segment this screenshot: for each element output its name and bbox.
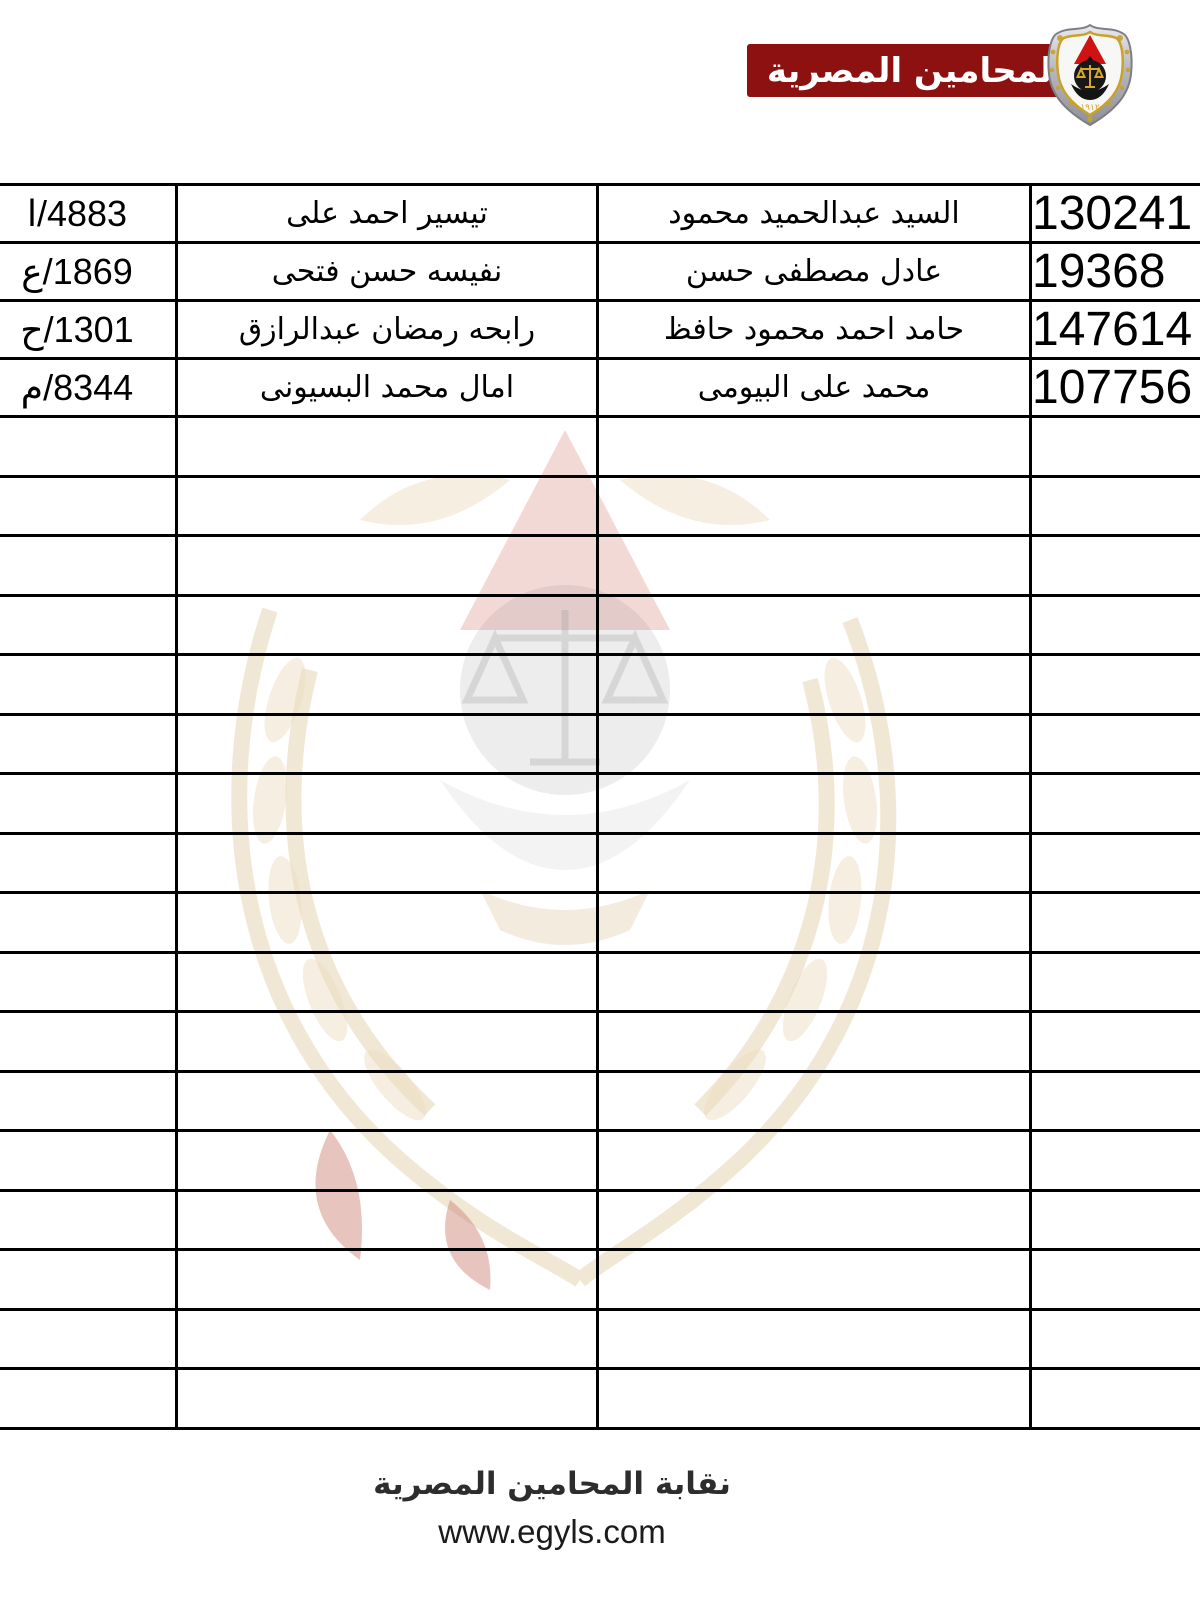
- empty-cell: [0, 1369, 177, 1429]
- empty-cell: [598, 1131, 1031, 1191]
- empty-cell: [598, 893, 1031, 953]
- empty-cell: [1031, 1250, 1200, 1310]
- page-footer: نقابة المحامين المصرية www.egyls.com: [252, 1462, 852, 1556]
- empty-cell: [1031, 1190, 1200, 1250]
- empty-table-row: [0, 774, 1200, 834]
- empty-cell: [177, 595, 598, 655]
- empty-cell: [177, 417, 598, 477]
- empty-cell: [598, 1071, 1031, 1131]
- registration-number-cell: 130241: [1031, 185, 1200, 243]
- empty-cell: [0, 1250, 177, 1310]
- member-name-cell: عادل مصطفى حسن: [598, 243, 1031, 301]
- member-code-cell: 1869/ع: [0, 243, 177, 301]
- empty-cell: [1031, 595, 1200, 655]
- empty-cell: [177, 1071, 598, 1131]
- empty-cell: [1031, 476, 1200, 536]
- empty-cell: [177, 952, 598, 1012]
- empty-cell: [598, 774, 1031, 834]
- empty-cell: [0, 714, 177, 774]
- empty-table-row: [0, 952, 1200, 1012]
- empty-cell: [0, 1309, 177, 1369]
- bar-association-logo: ١٩١٢: [1038, 22, 1142, 128]
- empty-cell: [177, 536, 598, 596]
- empty-cell: [598, 1250, 1031, 1310]
- empty-cell: [598, 595, 1031, 655]
- empty-cell: [177, 833, 598, 893]
- empty-cell: [0, 1131, 177, 1191]
- empty-cell: [598, 536, 1031, 596]
- empty-cell: [0, 655, 177, 715]
- empty-cell: [598, 1012, 1031, 1072]
- empty-cell: [0, 1012, 177, 1072]
- empty-table-row: [0, 1250, 1200, 1310]
- empty-cell: [0, 774, 177, 834]
- footer-org-name: نقابة المحامين المصرية: [252, 1462, 852, 1507]
- empty-table-row: [0, 714, 1200, 774]
- empty-cell: [0, 893, 177, 953]
- empty-cell: [177, 655, 598, 715]
- registration-number-cell: 147614: [1031, 301, 1200, 359]
- empty-table-row: [0, 536, 1200, 596]
- registration-number-cell: 19368: [1031, 243, 1200, 301]
- registration-number-cell: 107756: [1031, 359, 1200, 417]
- empty-cell: [1031, 1131, 1200, 1191]
- member-name-cell: السيد عبدالحميد محمود: [598, 185, 1031, 243]
- empty-cell: [0, 833, 177, 893]
- empty-cell: [598, 476, 1031, 536]
- empty-cell: [1031, 655, 1200, 715]
- empty-cell: [1031, 1309, 1200, 1369]
- empty-cell: [177, 1369, 598, 1429]
- empty-cell: [0, 952, 177, 1012]
- table-row: 8344/م امال محمد البسيونى محمد على البيو…: [0, 359, 1200, 417]
- empty-table-row: [0, 833, 1200, 893]
- empty-table-row: [0, 417, 1200, 477]
- empty-table-row: [0, 1309, 1200, 1369]
- scanned-registry-page: { "header": { "banner_text": "نقابة المح…: [0, 0, 1200, 1600]
- bottom-tassel: [1087, 116, 1092, 121]
- empty-cell: [598, 1309, 1031, 1369]
- empty-table-row: [0, 1369, 1200, 1429]
- empty-cell: [0, 476, 177, 536]
- lawyers-table: 4883/ا تيسير احمد على السيد عبدالحميد مح…: [0, 183, 1200, 1430]
- empty-cell: [598, 417, 1031, 477]
- empty-cell: [1031, 952, 1200, 1012]
- member-code-cell: 8344/م: [0, 359, 177, 417]
- empty-cell: [1031, 714, 1200, 774]
- empty-cell: [598, 714, 1031, 774]
- empty-cell: [0, 1190, 177, 1250]
- empty-cell: [1031, 417, 1200, 477]
- member-code-cell: 1301/ح: [0, 301, 177, 359]
- empty-cell: [177, 714, 598, 774]
- empty-cell: [177, 1190, 598, 1250]
- empty-cell: [598, 833, 1031, 893]
- empty-cell: [1031, 1071, 1200, 1131]
- table-row: 4883/ا تيسير احمد على السيد عبدالحميد مح…: [0, 185, 1200, 243]
- empty-cell: [1031, 1369, 1200, 1429]
- logo-year: ١٩١٢: [1080, 103, 1100, 113]
- empty-table-row: [0, 1131, 1200, 1191]
- empty-cell: [0, 595, 177, 655]
- member-name-cell: حامد احمد محمود حافظ: [598, 301, 1031, 359]
- member-name-cell: تيسير احمد على: [177, 185, 598, 243]
- table-row: 1301/ح رابحه رمضان عبدالرازق حامد احمد م…: [0, 301, 1200, 359]
- empty-cell: [177, 1309, 598, 1369]
- empty-cell: [1031, 893, 1200, 953]
- empty-cell: [177, 476, 598, 536]
- member-name-cell: امال محمد البسيونى: [177, 359, 598, 417]
- member-code-cell: 4883/ا: [0, 185, 177, 243]
- empty-cell: [598, 1190, 1031, 1250]
- empty-table-row: [0, 595, 1200, 655]
- empty-cell: [0, 536, 177, 596]
- empty-cell: [1031, 1012, 1200, 1072]
- empty-cell: [1031, 833, 1200, 893]
- empty-cell: [1031, 774, 1200, 834]
- table-row: 1869/ع نفيسه حسن فتحى عادل مصطفى حسن 193…: [0, 243, 1200, 301]
- member-name-cell: محمد على البيومى: [598, 359, 1031, 417]
- empty-cell: [177, 774, 598, 834]
- empty-cell: [598, 1369, 1031, 1429]
- empty-table-row: [0, 1190, 1200, 1250]
- empty-table-row: [0, 1012, 1200, 1072]
- empty-cell: [177, 893, 598, 953]
- empty-cell: [598, 952, 1031, 1012]
- empty-table-row: [0, 893, 1200, 953]
- empty-table-row: [0, 1071, 1200, 1131]
- footer-website: www.egyls.com: [252, 1507, 852, 1557]
- empty-cell: [598, 655, 1031, 715]
- empty-table-row: [0, 655, 1200, 715]
- empty-cell: [1031, 536, 1200, 596]
- member-name-cell: رابحه رمضان عبدالرازق: [177, 301, 598, 359]
- empty-cell: [177, 1250, 598, 1310]
- empty-cell: [177, 1012, 598, 1072]
- empty-table-row: [0, 476, 1200, 536]
- member-name-cell: نفيسه حسن فتحى: [177, 243, 598, 301]
- empty-cell: [177, 1131, 598, 1191]
- empty-cell: [0, 1071, 177, 1131]
- empty-cell: [0, 417, 177, 477]
